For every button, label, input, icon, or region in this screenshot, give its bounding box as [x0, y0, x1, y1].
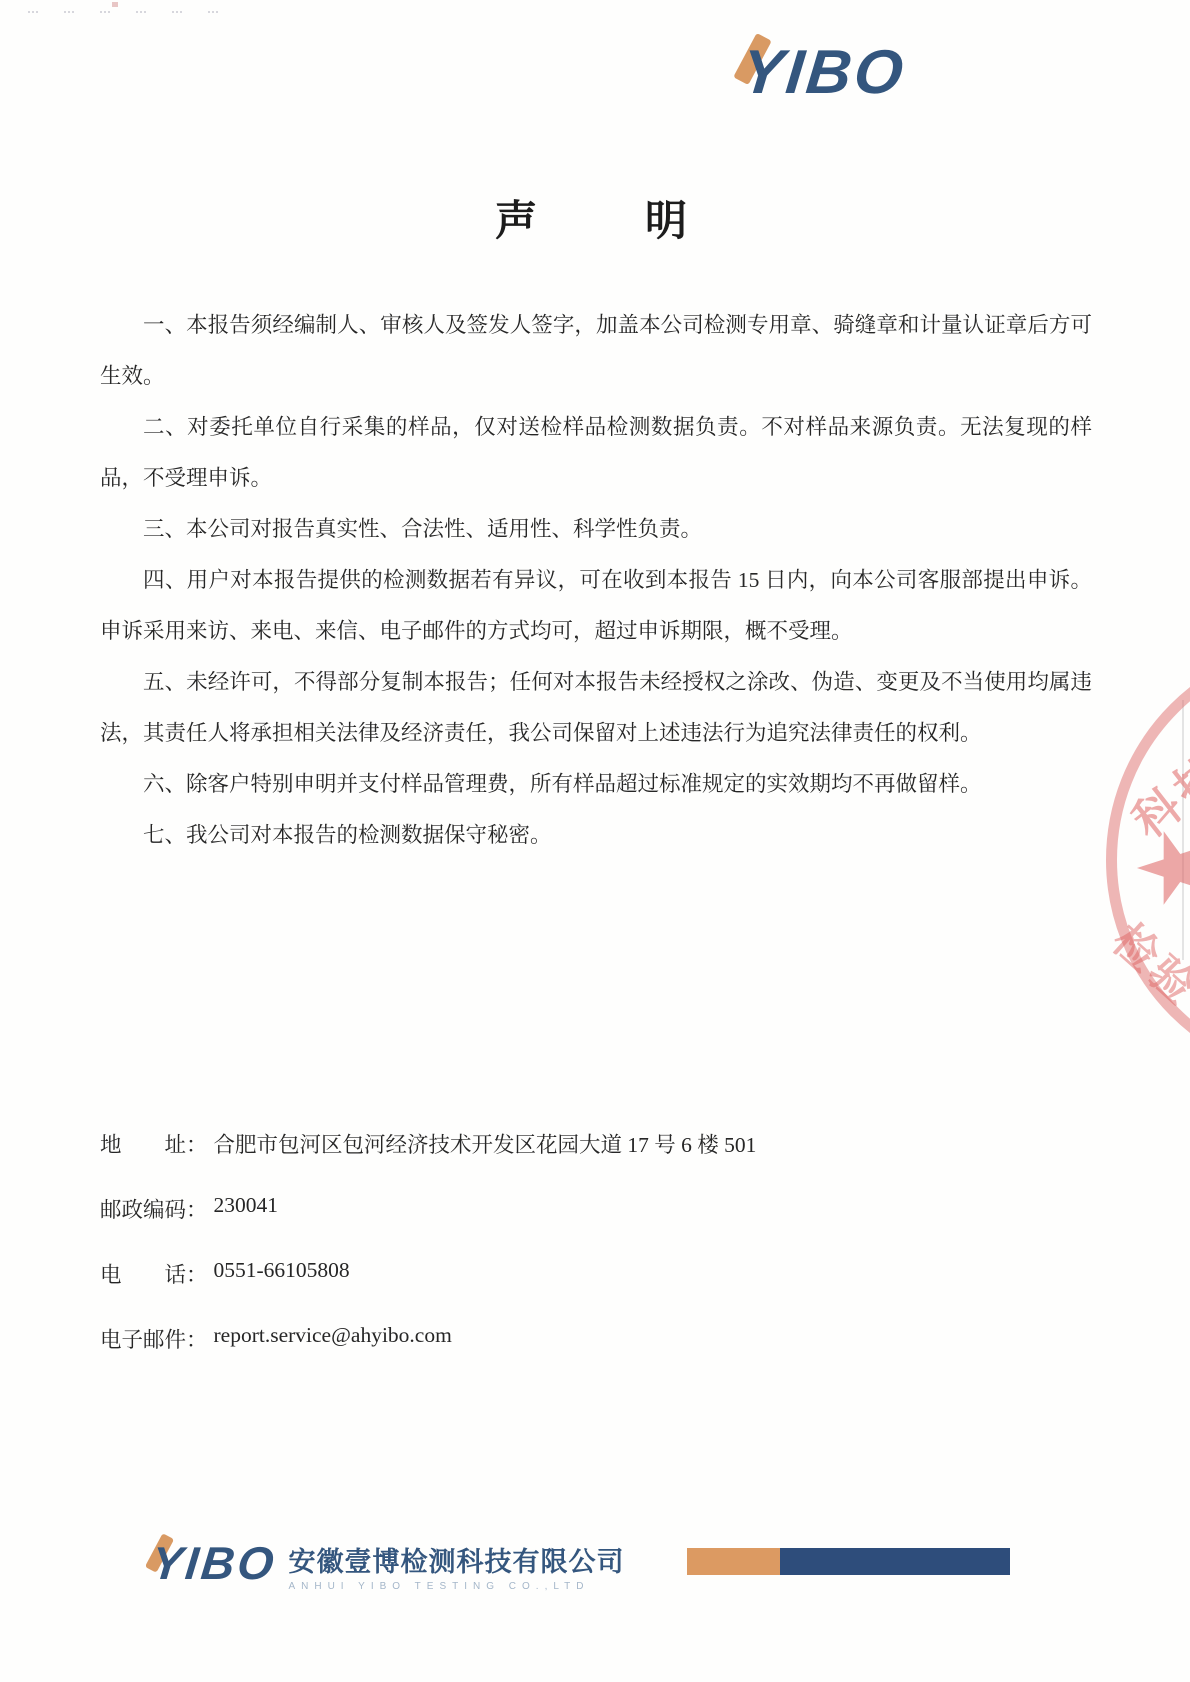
stamp-ring: [1106, 640, 1190, 1080]
statement-item: 七、我公司对本报告的检测数据保守秘密。: [100, 810, 1092, 861]
statement-item: 二、对委托单位自行采集的样品，仅对送检样品检测数据负责。不对样品来源负责。无法复…: [100, 402, 1092, 504]
address-label: 地 址：: [100, 1128, 208, 1159]
scan-artifact: [28, 2, 728, 10]
address-row: 地 址： 合肥市包河区包河经济技术开发区花园大道 17 号 6 楼 501: [100, 1128, 1000, 1159]
page-title: 声 明: [0, 188, 1190, 248]
phone-label: 电 话：: [100, 1258, 208, 1289]
stamp-top-text: 科技: [1117, 735, 1190, 851]
contact-block: 地 址： 合肥市包河区包河经济技术开发区花园大道 17 号 6 楼 501 邮政…: [100, 1128, 1000, 1388]
statement-item: 四、用户对本报告提供的检测数据若有异议，可在收到本报告 15 日内，向本公司客服…: [100, 555, 1092, 657]
email-label: 电子邮件：: [100, 1323, 208, 1354]
stamp-bottom-text: 检验: [1101, 906, 1190, 1018]
declaration-page: YIBO 声 明 一、本报告须经编制人、审核人及签发人签字，加盖本公司检测专用章…: [0, 0, 1190, 1682]
footer-company: 安徽壹博检测科技有限公司 ANHUI YIBO TESTING CO.,LTD: [288, 1540, 624, 1592]
scan-edge-shadow: [1182, 700, 1184, 960]
footer-navy-bar: [780, 1548, 1010, 1575]
footer-logo-block: YIBO 安徽壹博检测科技有限公司 ANHUI YIBO TESTING CO.…: [152, 1540, 624, 1592]
statement-item: 六、除客户特别申明并支付样品管理费，所有样品超过标准规定的实效期均不再做留样。: [100, 759, 1092, 810]
footer-orange-bar: [687, 1548, 780, 1575]
scan-artifact: [112, 2, 118, 7]
yibo-logo: YIBO: [742, 42, 906, 104]
footer-company-name-cn: 安徽壹博检测科技有限公司: [288, 1540, 624, 1579]
statement-item: 三、本公司对报告真实性、合法性、适用性、科学性负责。: [100, 504, 1092, 555]
address-value: 合肥市包河区包河经济技术开发区花园大道 17 号 6 楼 501: [214, 1128, 757, 1159]
statement-item: 一、本报告须经编制人、审核人及签发人签字，加盖本公司检测专用章、骑缝章和计量认证…: [100, 300, 1092, 402]
postcode-label: 邮政编码：: [100, 1193, 208, 1224]
email-row: 电子邮件： report.service@ahyibo.com: [100, 1323, 1000, 1354]
yibo-footer-logo: YIBO: [152, 1540, 276, 1586]
yibo-logo-text: YIBO: [739, 42, 909, 104]
stamp-star-icon: ★: [1117, 799, 1190, 932]
postcode-value: 230041: [214, 1193, 279, 1224]
statement-item: 五、未经许可，不得部分复制本报告；任何对本报告未经授权之涂改、伪造、变更及不当使…: [100, 657, 1092, 759]
postcode-row: 邮政编码： 230041: [100, 1193, 1000, 1224]
statements-body: 一、本报告须经编制人、审核人及签发人签字，加盖本公司检测专用章、骑缝章和计量认证…: [100, 300, 1092, 861]
email-value: report.service@ahyibo.com: [214, 1323, 452, 1354]
phone-value: 0551-66105808: [214, 1258, 350, 1289]
yibo-footer-logo-text: YIBO: [150, 1540, 279, 1586]
footer-company-name-en: ANHUI YIBO TESTING CO.,LTD: [288, 1581, 624, 1592]
footer-decoration-bars: [687, 1548, 1010, 1575]
phone-row: 电 话： 0551-66105808: [100, 1258, 1000, 1289]
